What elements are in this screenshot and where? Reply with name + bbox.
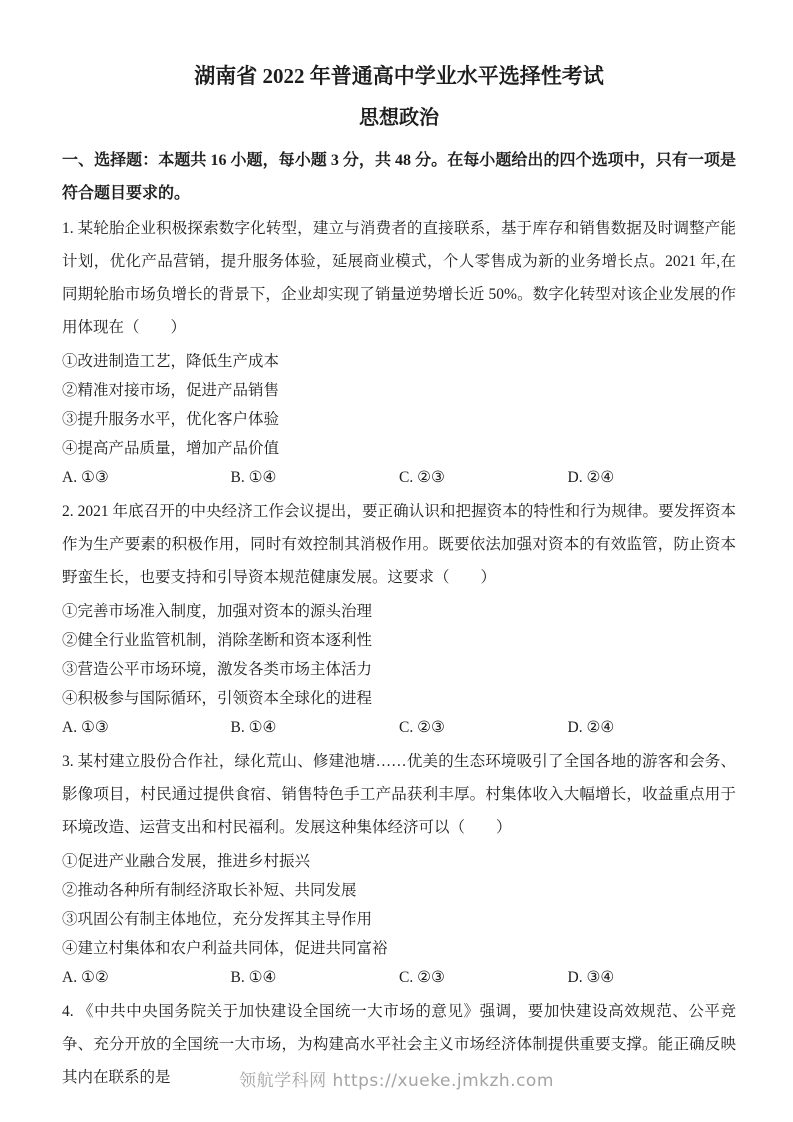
question-1-item-3: ③提升服务水平，优化客户体验 (62, 405, 736, 434)
question-2-choice-b: B. ①④ (231, 713, 400, 742)
question-3-item-3: ③巩固公有制主体地位，充分发挥其主导作用 (62, 905, 736, 934)
question-2: 2. 2021 年底召开的中央经济工作会议提出，要正确认识和把握资本的特性和行为… (62, 495, 736, 742)
question-3-choice-d: D. ③④ (568, 963, 737, 992)
question-2-choice-d: D. ②④ (568, 713, 737, 742)
question-2-choice-a: A. ①③ (62, 713, 231, 742)
page-title: 湖南省 2022 年普通高中学业水平选择性考试 (62, 62, 736, 90)
question-2-item-4: ④积极参与国际循环，引领资本全球化的进程 (62, 684, 736, 713)
question-1-choices: A. ①③ B. ①④ C. ②③ D. ②④ (62, 463, 736, 492)
question-3-choice-a: A. ①② (62, 963, 231, 992)
question-1-choice-b: B. ①④ (231, 463, 400, 492)
question-3-choice-c: C. ②③ (399, 963, 568, 992)
question-2-item-3: ③营造公平市场环境，激发各类市场主体活力 (62, 655, 736, 684)
question-1: 1. 某轮胎企业积极探索数字化转型，建立与消费者的直接联系，基于库存和销售数据及… (62, 212, 736, 492)
question-3-item-1: ①促进产业融合发展，推进乡村振兴 (62, 847, 736, 876)
watermark: 领航学科网 https://xueke.jmkzh.com (0, 1066, 793, 1091)
question-1-choice-a: A. ①③ (62, 463, 231, 492)
question-2-item-1: ①完善市场准入制度，加强对资本的源头治理 (62, 597, 736, 626)
question-2-choice-c: C. ②③ (399, 713, 568, 742)
exam-page: 湖南省 2022 年普通高中学业水平选择性考试 思想政治 一、选择题：本题共 1… (62, 62, 736, 1097)
question-2-choices: A. ①③ B. ①④ C. ②③ D. ②④ (62, 713, 736, 742)
question-1-item-4: ④提高产品质量，增加产品价值 (62, 434, 736, 463)
question-3-item-2: ②推动各种所有制经济取长补短、共同发展 (62, 876, 736, 905)
question-1-choice-c: C. ②③ (399, 463, 568, 492)
question-1-choice-d: D. ②④ (568, 463, 737, 492)
question-1-item-1: ①改进制造工艺，降低生产成本 (62, 347, 736, 376)
question-3-choice-b: B. ①④ (231, 963, 400, 992)
question-3-stem: 3. 某村建立股份合作社，绿化荒山、修建池塘……优美的生态环境吸引了全国各地的游… (62, 745, 736, 844)
question-3-item-4: ④建立村集体和农户利益共同体，促进共同富裕 (62, 934, 736, 963)
question-2-stem: 2. 2021 年底召开的中央经济工作会议提出，要正确认识和把握资本的特性和行为… (62, 495, 736, 594)
question-3: 3. 某村建立股份合作社，绿化荒山、修建池塘……优美的生态环境吸引了全国各地的游… (62, 745, 736, 992)
question-1-item-2: ②精准对接市场，促进产品销售 (62, 376, 736, 405)
subject-title: 思想政治 (62, 105, 736, 132)
question-1-stem: 1. 某轮胎企业积极探索数字化转型，建立与消费者的直接联系，基于库存和销售数据及… (62, 212, 736, 344)
question-2-item-2: ②健全行业监管机制，消除垄断和资本逐利性 (62, 626, 736, 655)
question-3-choices: A. ①② B. ①④ C. ②③ D. ③④ (62, 963, 736, 992)
section-instructions: 一、选择题：本题共 16 小题，每小题 3 分，共 48 分。在每小题给出的四个… (62, 144, 736, 210)
